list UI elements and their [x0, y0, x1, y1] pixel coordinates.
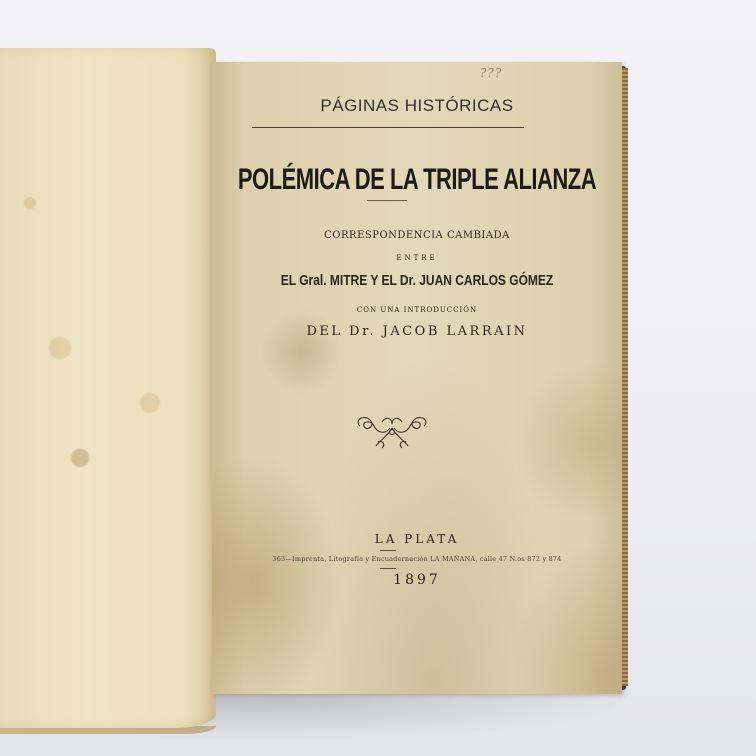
short-divider	[367, 200, 407, 201]
left-page-blank	[0, 48, 216, 728]
page-block-edge	[622, 68, 628, 686]
double-rule-divider	[252, 127, 524, 128]
printer-imprint: 363—Imprenta, Litografía y Encuadernació…	[212, 555, 622, 563]
parties: EL Gral. MITRE Y EL Dr. JUAN CARLOS GÓME…	[212, 272, 622, 289]
between-label: ENTRE	[212, 254, 622, 262]
main-title: POLÉMICA DE LA TRIPLE ALIANZA	[212, 162, 622, 197]
subtitle: CORRESPONDENCIA CAMBIADA	[212, 230, 622, 241]
scene: ??? PÁGINAS HISTÓRICAS POLÉMICA DE LA TR…	[0, 0, 756, 756]
publication-place: LA PLATA	[212, 532, 622, 546]
dash-divider	[380, 568, 396, 569]
pencil-annotation: ???	[480, 66, 502, 80]
intro-author: DEL Dr. JACOB LARRAIN	[212, 324, 622, 339]
intro-label: CON UNA INTRODUCCIÓN	[212, 306, 622, 314]
dash-divider	[380, 550, 396, 551]
series-title: PÁGINAS HISTÓRICAS	[212, 96, 622, 116]
floral-scroll-ornament-icon	[352, 412, 432, 452]
publication-year: 1897	[212, 572, 622, 588]
title-page: ??? PÁGINAS HISTÓRICAS POLÉMICA DE LA TR…	[212, 62, 622, 694]
